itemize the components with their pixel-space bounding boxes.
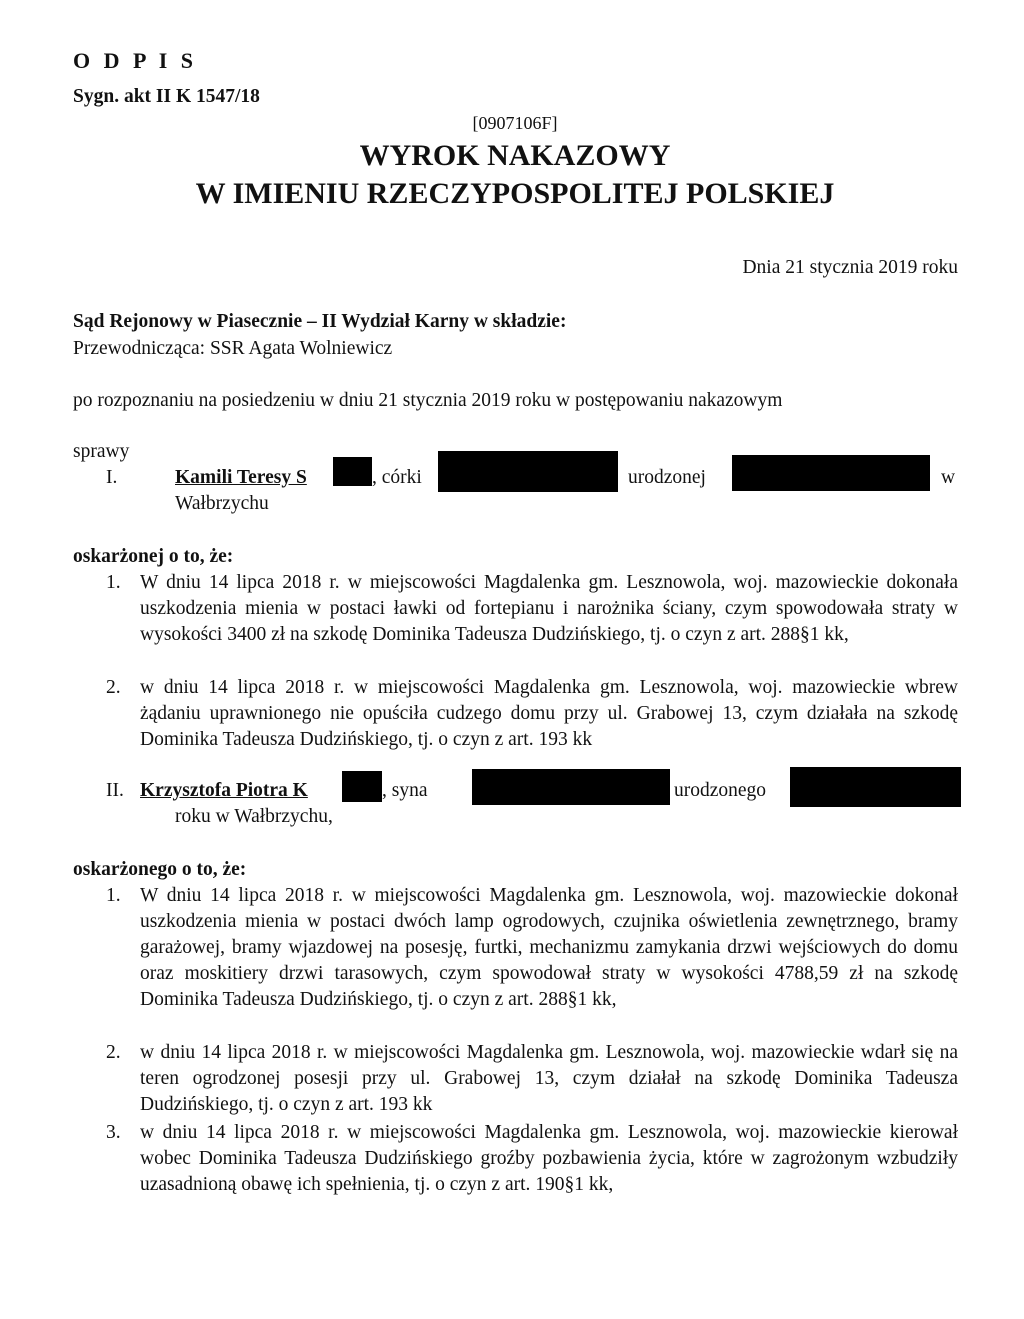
court-composition: Sąd Rejonowy w Piasecznie – II Wydział K… [73,309,566,335]
defendant-numeral: II. [106,778,124,804]
birth-place: roku w Wałbrzychu, [175,804,333,830]
charge-text: w dniu 14 lipca 2018 r. w miejscowości M… [140,1120,958,1198]
redaction-box [472,769,670,805]
defendant-numeral: I. [106,465,117,491]
charge-text: w dniu 14 lipca 2018 r. w miejscowości M… [140,675,958,753]
judgment-date: Dnia 21 stycznia 2019 roku [742,255,958,281]
charge-number: 1. [106,570,121,596]
charge-number: 3. [106,1120,121,1146]
case-label: sprawy [73,439,129,465]
document-title: WYROK NAKAZOWY [0,138,1024,174]
defendant-name: Kamili Teresy S [175,465,307,491]
case-signature: Sygn. akt II K 1547/18 [73,84,260,110]
charge-number: 1. [106,883,121,909]
redaction-box [342,771,382,802]
procedure-statement: po rozpoznaniu na posiedzeniu w dniu 21 … [73,388,782,414]
born-label: urodzonego [674,778,766,804]
defendant-name: Krzysztofa Piotra K [140,778,308,804]
document-code: [0907106F] [0,110,1024,136]
charge-text: W dniu 14 lipca 2018 r. w miejscowości M… [140,883,958,1013]
presiding-judge: Przewodnicząca: SSR Agata Wolniewicz [73,336,392,362]
charge-number: 2. [106,675,121,701]
relation-text: , córki [372,465,422,491]
charge-heading: oskarżonego o to, że: [73,857,246,883]
relation-text: , syna [382,778,428,804]
document-subtitle: W IMIENIU RZECZYPOSPOLITEJ POLSKIEJ [0,176,1024,212]
born-suffix: w [941,465,955,491]
redaction-box [333,457,372,486]
charge-number: 2. [106,1040,121,1066]
birth-place: Wałbrzychu [175,491,269,517]
redaction-box [732,455,930,491]
charge-heading: oskarżonej o to, że: [73,544,233,570]
born-label: urodzonej [628,465,706,491]
charge-text: W dniu 14 lipca 2018 r. w miejscowości M… [140,570,958,648]
copy-label: O D P I S [73,48,197,74]
redaction-box [790,767,961,807]
charge-text: w dniu 14 lipca 2018 r. w miejscowości M… [140,1040,958,1118]
redaction-box [438,451,618,492]
